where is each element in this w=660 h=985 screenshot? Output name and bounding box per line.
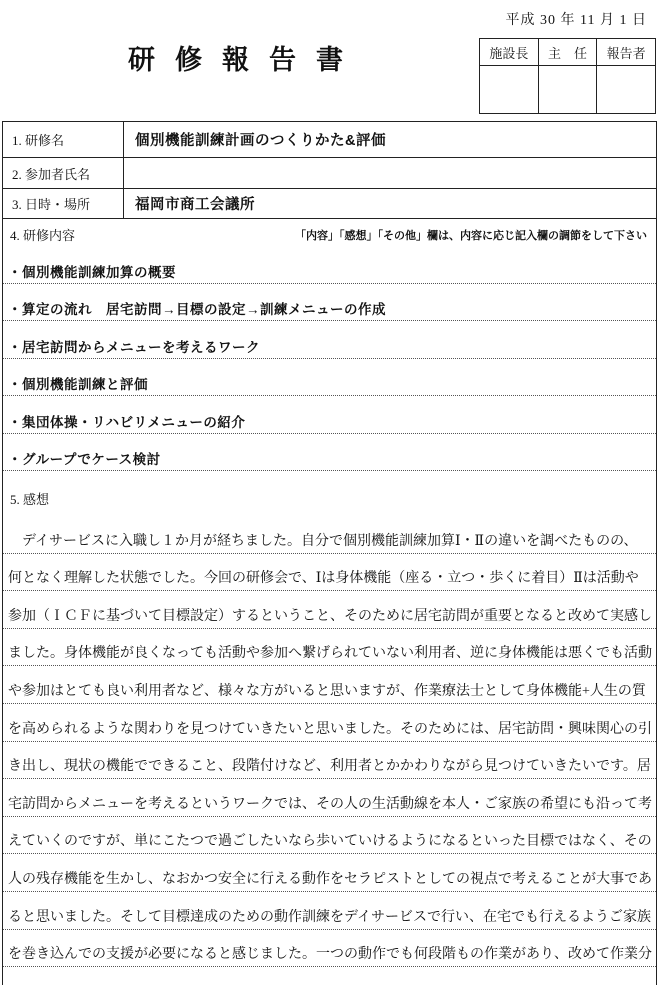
report-body-frame: 1. 研修名 個別機能訓練計画のつくりかた&評価 2. 参加者氏名 3. 日時・…: [2, 121, 657, 985]
field-row-training-name: 1. 研修名 個別機能訓練計画のつくりかた&評価: [3, 122, 656, 158]
approval-header-row: 施設長 主 任 報告者: [480, 39, 656, 66]
content-item: ・個別機能訓練加算の概要: [3, 246, 656, 284]
field-value-training-name: 個別機能訓練計画のつくりかた&評価: [124, 122, 656, 157]
approval-col-reporter: 報告者: [597, 39, 656, 66]
section-training-content-note: 「内容」「感想」「その他」欄は、内容に応じ記入欄の調節をして下さい: [295, 227, 647, 243]
field-label-date-place: 3. 日時・場所: [3, 189, 124, 218]
content-item: ・グループでケース検討: [3, 434, 656, 472]
report-date: 平成 30 年 11 月 1 日: [0, 0, 660, 29]
field-label-participant-name: 2. 参加者氏名: [3, 158, 124, 188]
field-row-date-place: 3. 日時・場所 福岡市商工会議所: [3, 189, 656, 219]
section-training-content-heading: 4. 研修内容: [10, 225, 75, 244]
impression-line: 宅訪問からメニューを考えるというワークでは、その人の生活動線を本人・ご家族の希望…: [3, 779, 656, 817]
approval-stamp-cell-chief: [538, 66, 597, 114]
impression-line: ました。身体機能が良くなっても活動や参加へ繋げられていない利用者、逆に身体機能は…: [3, 629, 656, 667]
impression-line: えていくのですが、単にこたつで過ごしたいなら歩いていけるようになるといった目標で…: [3, 817, 656, 855]
content-item: ・集団体操・リハビリメニューの紹介: [3, 396, 656, 434]
approval-col-chief: 主 任: [538, 39, 597, 66]
training-report-page: 平成 30 年 11 月 1 日 研修報告書 施設長 主 任 報告者 1. 研修…: [0, 0, 660, 985]
content-item: ・個別機能訓練と評価: [3, 359, 656, 397]
page-title: 研修報告書: [128, 38, 363, 77]
section-impressions-heading: 5. 感想: [3, 471, 656, 516]
section-impressions: 5. 感想 デイサービスに入職し１か月が経ちました。自分で個別機能訓練加算Ⅰ・Ⅱ…: [3, 471, 656, 967]
approval-stamp-table: 施設長 主 任 報告者: [479, 38, 656, 114]
section-training-content: 4. 研修内容 「内容」「感想」「その他」欄は、内容に応じ記入欄の調節をして下さ…: [3, 219, 656, 471]
approval-stamp-cell-facility-director: [480, 66, 539, 114]
approval-stamp-row: [480, 66, 656, 114]
impression-line: き出し、現状の機能でできること、段階付けなど、利用者とかかわりながら見つけていき…: [3, 742, 656, 780]
content-item: ・算定の流れ 居宅訪問→目標の設定→訓練メニューの作成: [3, 284, 656, 322]
field-label-training-name: 1. 研修名: [3, 122, 124, 157]
impression-line: 何となく理解した状態でした。今回の研修会で、Ⅰは身体機能（座る・立つ・歩くに着目…: [3, 554, 656, 592]
approval-col-facility-director: 施設長: [480, 39, 539, 66]
field-row-participant-name: 2. 参加者氏名: [3, 158, 656, 189]
section-training-content-header: 4. 研修内容 「内容」「感想」「その他」欄は、内容に応じ記入欄の調節をして下さ…: [3, 219, 656, 246]
impression-line: を高められるような関わりを見つけていきたいと思いました。そのためには、居宅訪問・…: [3, 704, 656, 742]
approval-stamp-cell-reporter: [597, 66, 656, 114]
impression-line: を巻き込んでの支援が必要になると感じました。一つの動作でも何段階もの作業があり、…: [3, 930, 656, 968]
report-header: 平成 30 年 11 月 1 日 研修報告書 施設長 主 任 報告者: [0, 0, 660, 121]
impression-line: 参加（ＩＣＦに基づいて目標設定）するということ、そのために居宅訪問が重要となると…: [3, 591, 656, 629]
field-value-participant-name: [124, 158, 656, 188]
impression-line: 人の残存機能を生かし、なおかつ安全に行える動作をセラピストとしての視点で考えるこ…: [3, 854, 656, 892]
impression-line: や参加はとても良い利用者など、様々な方がいると思いますが、作業療法士として身体機…: [3, 666, 656, 704]
content-item: ・居宅訪問からメニューを考えるワーク: [3, 321, 656, 359]
field-value-date-place: 福岡市商工会議所: [124, 189, 656, 218]
impression-line: ると思いました。そして目標達成のための動作訓練をデイサービスで行い、在宅でも行え…: [3, 892, 656, 930]
impression-line: デイサービスに入職し１か月が経ちました。自分で個別機能訓練加算Ⅰ・Ⅱの違いを調べ…: [3, 516, 656, 554]
